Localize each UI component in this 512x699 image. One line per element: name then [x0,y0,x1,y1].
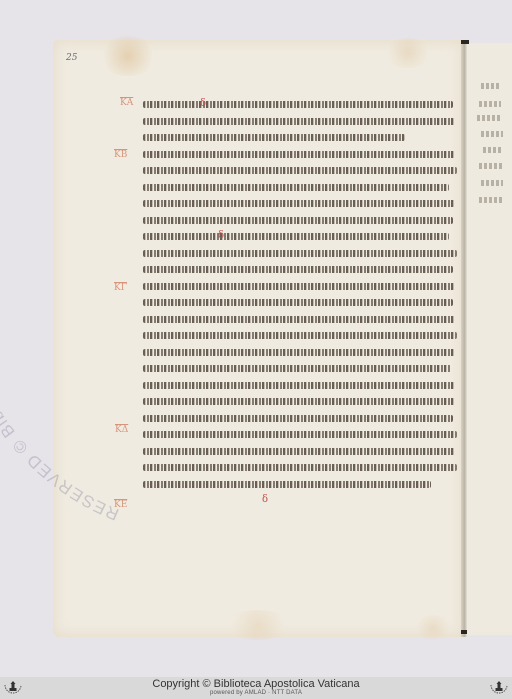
text-line [143,212,459,229]
text-line [143,146,459,163]
text-line [143,377,459,394]
text-line [143,228,459,245]
text-line [143,294,459,311]
rubric-initial: δ [218,230,226,240]
text-line [143,476,459,493]
footer-bar: Copyright © Biblioteca Apostolica Vatica… [0,677,512,699]
binding-gutter [461,42,467,637]
vatican-library-logo-icon [3,679,23,697]
text-line [143,344,459,361]
rubric-initial: δ [200,98,208,108]
text-line [143,96,459,113]
margin-annotation: ΚΒ [114,150,127,160]
text-line [143,245,459,262]
text-line [143,162,459,179]
rubric-initial: δ [262,494,270,504]
margin-annotation: ΚΓ [114,283,127,293]
text-line [143,129,459,146]
image-viewer[interactable]: 25 ΚΑ ΚΒ ΚΓ ΚΔ ΚΕ δ δ δ [0,0,512,677]
text-line [143,113,459,130]
vatican-library-logo-icon [489,679,509,697]
text-line [143,327,459,344]
text-line [143,393,459,410]
text-line [143,278,459,295]
copyright-text: Copyright © Biblioteca Apostolica Vatica… [0,677,512,690]
text-line [143,261,459,278]
adjacent-folio [467,43,512,635]
text-line [143,426,459,443]
folio-number: 25 [66,53,77,63]
text-line [143,360,459,377]
margin-annotation: ΚΑ [120,98,133,108]
clasp-mark [461,630,467,634]
text-line [143,195,459,212]
margin-annotation: ΚΕ [114,500,127,510]
text-line [143,179,459,196]
text-line [143,311,459,328]
clasp-mark [461,40,469,44]
text-line [143,459,459,476]
text-line [143,443,459,460]
margin-annotation: ΚΔ [115,425,128,435]
powered-by-text: powered by AMLAD · NTT DATA [0,690,512,697]
text-line [143,410,459,427]
manuscript-text [143,96,459,492]
